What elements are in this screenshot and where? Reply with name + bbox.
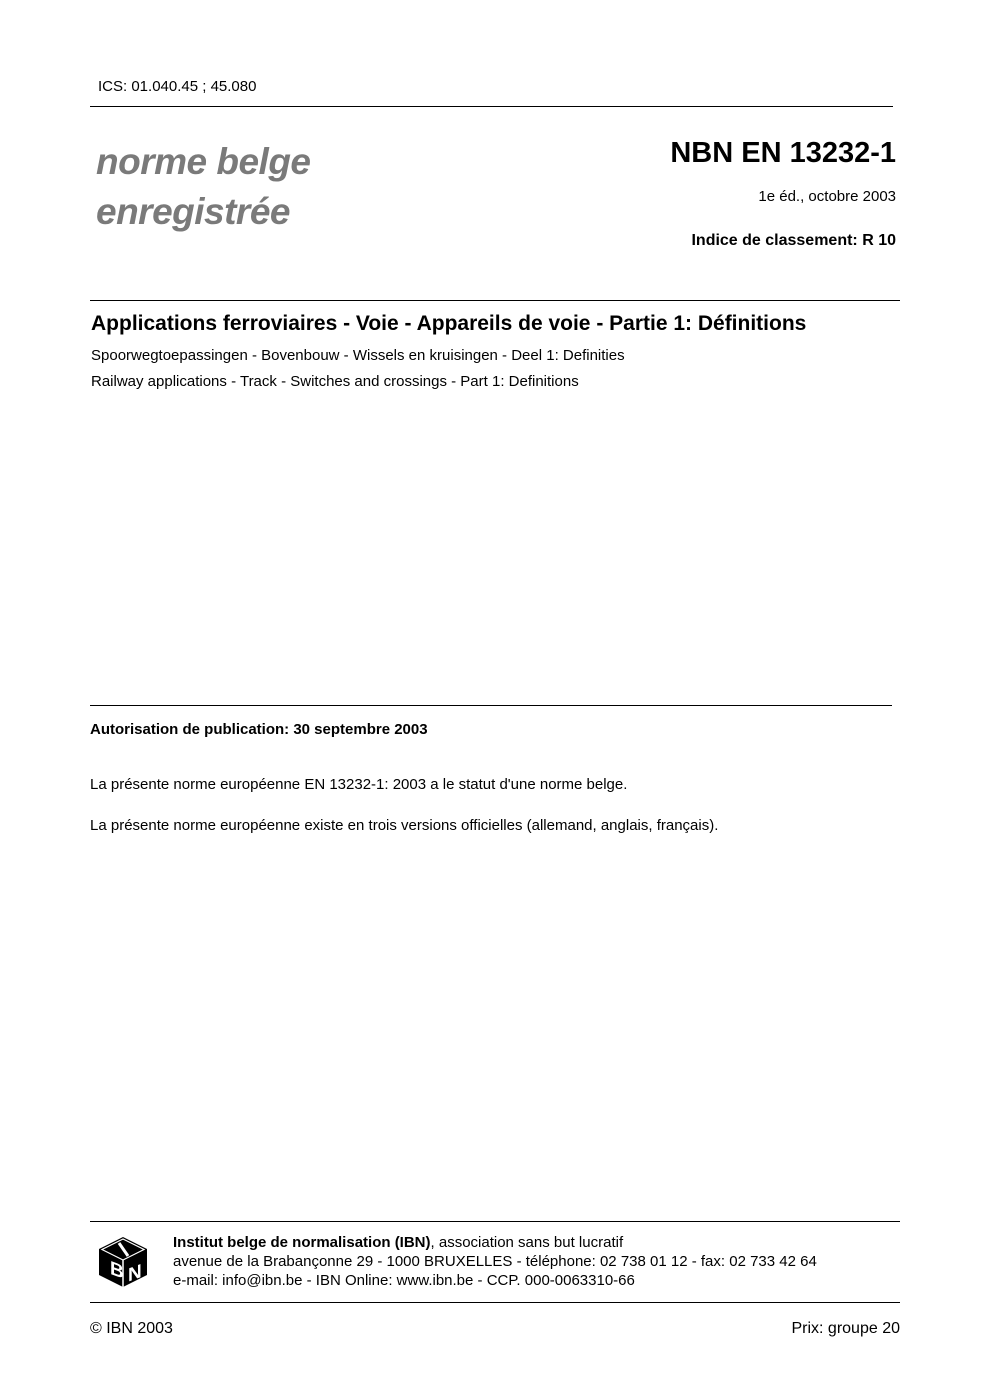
footer-bottom-divider: [90, 1302, 900, 1303]
versions-paragraph: La présente norme européenne existe en t…: [90, 817, 718, 834]
publication-authorisation: Autorisation de publication: 30 septembr…: [90, 721, 428, 738]
copyright: © IBN 2003: [90, 1320, 173, 1338]
organisation-name-line: Institut belge de normalisation (IBN), a…: [173, 1233, 817, 1252]
ics-codes: ICS: 01.040.45 ; 45.080: [98, 78, 256, 95]
organisation-type: , association sans but lucratif: [431, 1234, 624, 1251]
ibn-cube-logo-icon: B N: [97, 1235, 149, 1289]
classification-index: Indice de classement: R 10: [691, 232, 896, 250]
publication-divider: [90, 705, 892, 706]
organisation-address: avenue de la Brabançonne 29 - 1000 BRUXE…: [173, 1252, 817, 1271]
standard-number: NBN EN 13232-1: [670, 137, 896, 170]
header-divider: [90, 106, 893, 107]
brand-line-1: norme belge: [96, 137, 311, 187]
brand-line-2: enregistrée: [96, 187, 311, 237]
status-paragraph: La présente norme européenne EN 13232-1:…: [90, 776, 627, 793]
title-french: Applications ferroviaires - Voie - Appar…: [91, 312, 806, 336]
title-english: Railway applications - Track - Switches …: [91, 373, 579, 390]
footer-top-divider: [90, 1221, 900, 1222]
brand-title: norme belge enregistrée: [96, 137, 311, 237]
organisation-contact: e-mail: info@ibn.be - IBN Online: www.ib…: [173, 1271, 817, 1290]
svg-text:N: N: [128, 1260, 142, 1286]
organisation-info: Institut belge de normalisation (IBN), a…: [173, 1233, 817, 1290]
price-group: Prix: groupe 20: [791, 1320, 900, 1338]
title-divider: [90, 300, 900, 301]
edition-date: 1e éd., octobre 2003: [758, 188, 896, 205]
organisation-name: Institut belge de normalisation (IBN): [173, 1234, 431, 1251]
title-dutch: Spoorwegtoepassingen - Bovenbouw - Wisse…: [91, 347, 625, 364]
